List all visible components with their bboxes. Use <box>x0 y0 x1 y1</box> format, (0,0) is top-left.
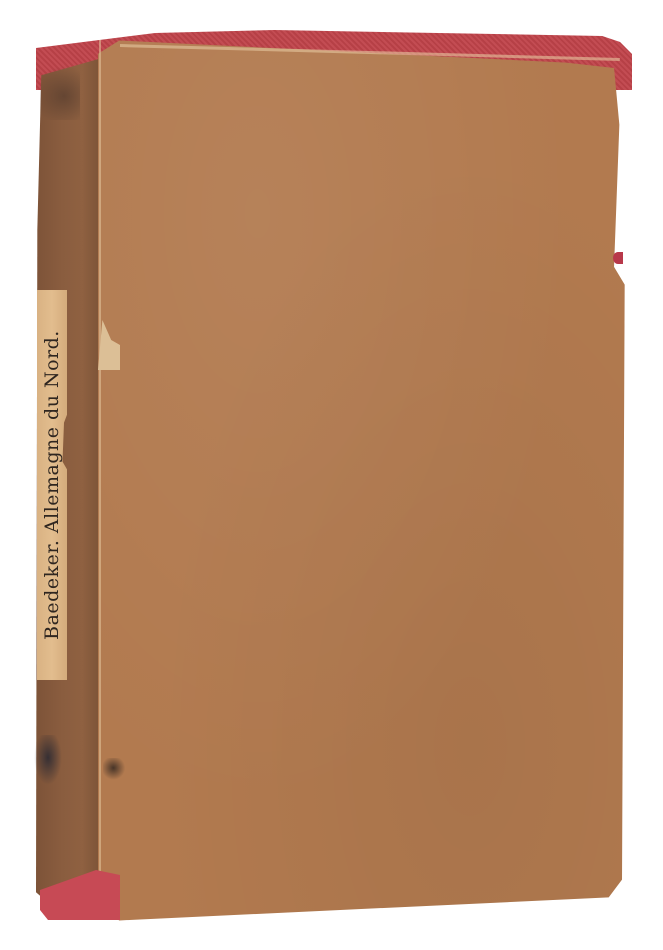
cover-ink-spot <box>103 758 129 780</box>
front-cover <box>98 36 630 924</box>
red-cloth-notch <box>613 252 623 264</box>
spine-ink-blot <box>34 735 62 785</box>
spine-title-text: Baedeker. Allemagne du Nord. <box>41 330 63 640</box>
cover-left-edge <box>99 40 101 920</box>
book-photo: Baedeker. Allemagne du Nord. <box>0 0 663 950</box>
spine-stain <box>40 60 80 120</box>
